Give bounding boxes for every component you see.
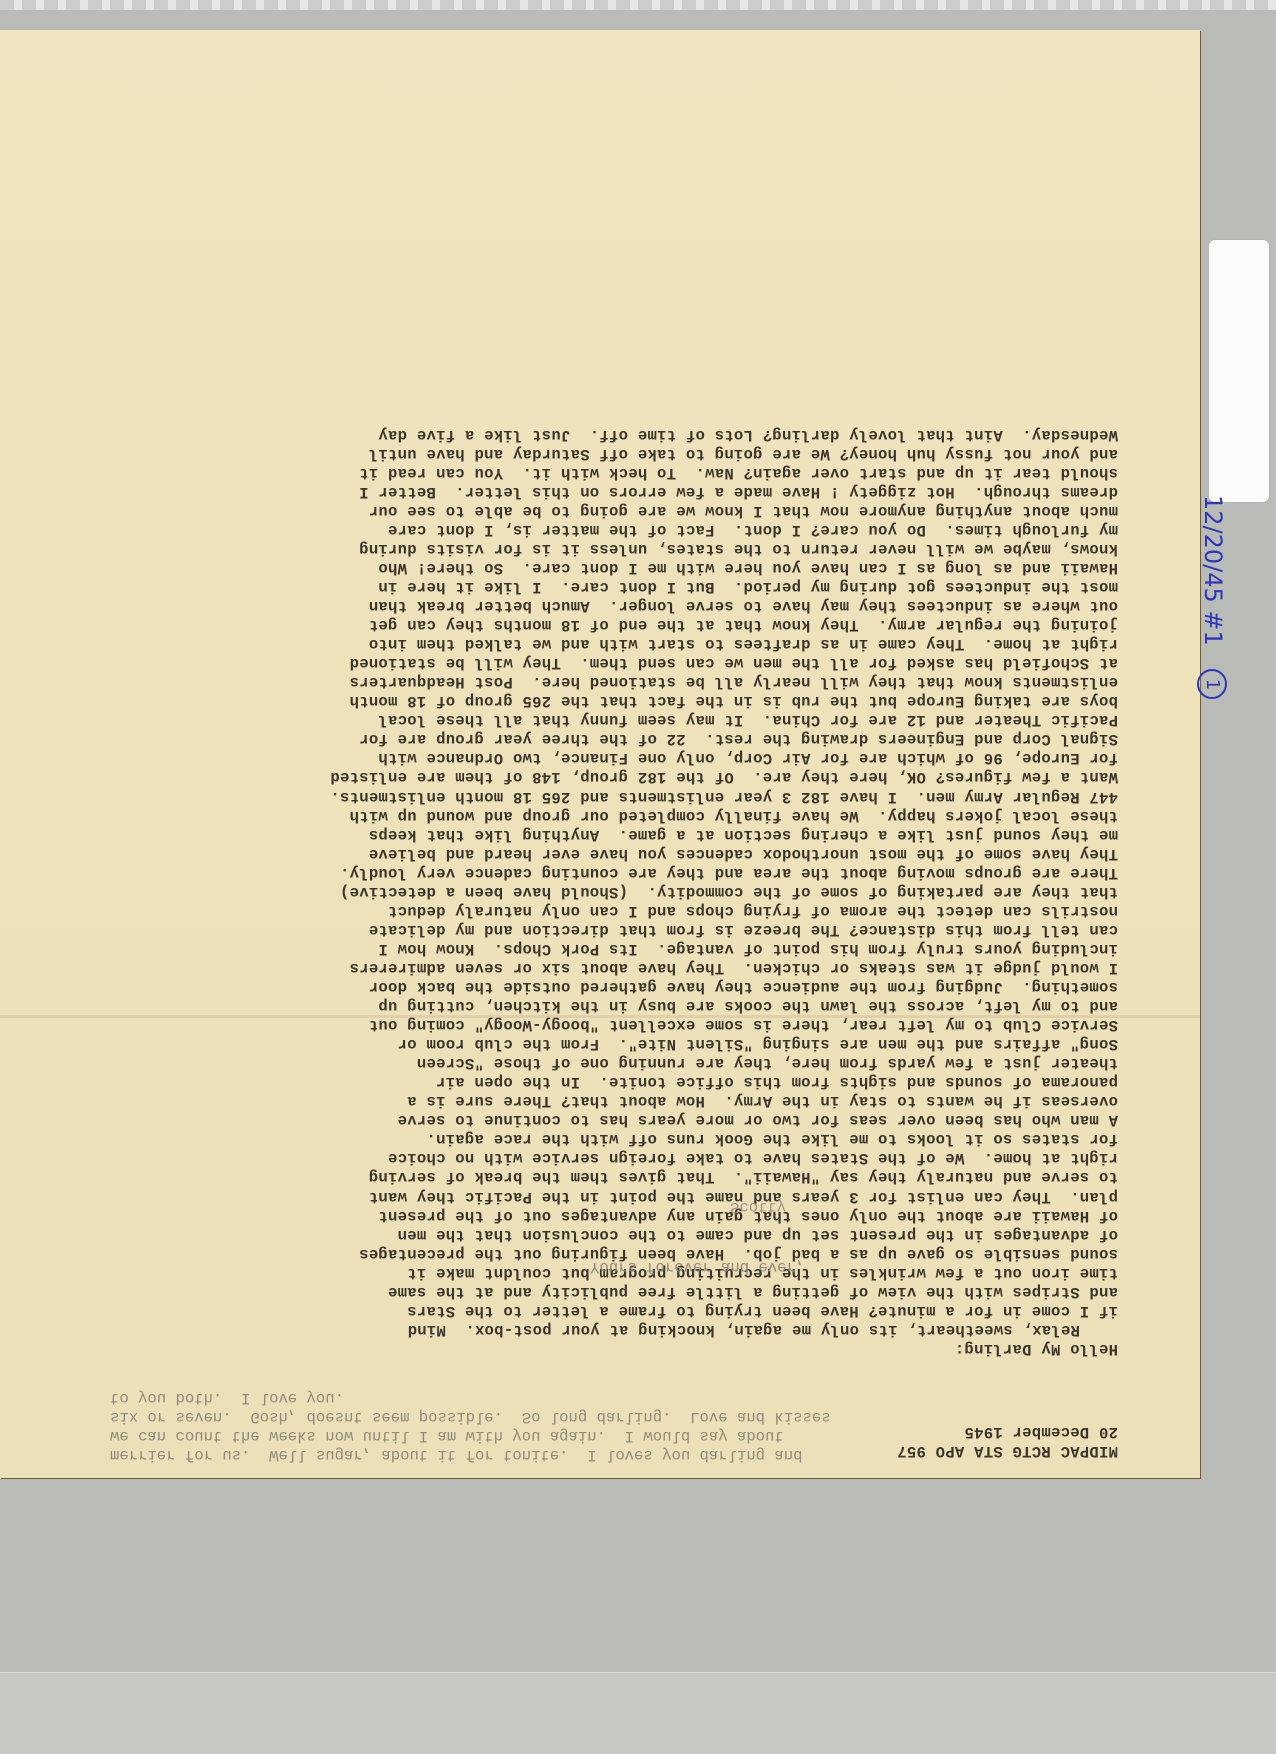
body-line: enlistments know that they will nearly a… [58, 672, 1118, 691]
body-line: theater just a few yards from here, they… [58, 1053, 1118, 1072]
body-line: overseas if he wants to stay in the Army… [58, 1091, 1118, 1110]
body-line: There are groups moving about the area a… [58, 863, 1118, 882]
bleed-line: merrier for us. Well sugar, about it for… [110, 1445, 1170, 1464]
body-line: these local jokers happy. We have finall… [58, 806, 1118, 825]
body-line: Wednesday. Aint that lovely darling? Lot… [58, 425, 1118, 444]
body-line: sound sensible so gave up as a bad job. … [58, 1244, 1118, 1263]
body-line: and Stripes with the view of getting a l… [58, 1282, 1118, 1301]
body-line: out where as inductees they may have to … [58, 596, 1118, 615]
body-line: something. Judging from the audience the… [58, 977, 1118, 996]
body-line: Relax, sweetheart, its only me again, kn… [58, 1320, 1118, 1339]
letter-page: MIDPAC RCTG STA APO 957 20 December 1945… [0, 30, 1200, 1478]
body-line: right at home. We of the States have to … [58, 1148, 1118, 1167]
body-line: joining the regular army. They know that… [58, 615, 1118, 634]
body-line: panorama of sounds and sights from this … [58, 1072, 1118, 1091]
closing-bleed: Yours forever and ever, [590, 1258, 805, 1276]
scanner-edge [0, 0, 1276, 10]
scanner-bed [0, 1672, 1276, 1754]
body-line: boys are taking Europe but the rub is in… [58, 691, 1118, 710]
archive-tag-text: 12/20/45 #1 1 [1197, 495, 1227, 750]
bleed-line: six or seven. Gosh, doesnt seem possible… [110, 1407, 1170, 1426]
body-line: 447 Regular Army men. I have 182 3 year … [58, 787, 1118, 806]
body-line: for states so it looks to me like the Go… [58, 1129, 1118, 1148]
body-line: me they sound just like a chering sectio… [58, 825, 1118, 844]
body-line: Signal Corp and Engineers drawing the re… [58, 729, 1118, 748]
body-line: Song" affairs and the men are singing "S… [58, 1034, 1118, 1053]
body-line: They have some of the most unorthodox ca… [58, 844, 1118, 863]
body-line: and your not fussy huh honey? We are goi… [58, 444, 1118, 463]
letter-text: MIDPAC RCTG STA APO 957 20 December 1945… [58, 425, 1118, 1460]
body-line: plan. They can enlist for 3 years and na… [58, 1186, 1118, 1205]
body-line: dreams through. Hot ziggety ! Have made … [58, 482, 1118, 501]
body-line: most the inductees got during my period.… [58, 577, 1118, 596]
body-line: Want a few figures? OK, here they are. O… [58, 767, 1118, 786]
body-line: my furlough times. Do you care? I dont. … [58, 520, 1118, 539]
bleed-line: to you both. I love you. [110, 1388, 1170, 1407]
body-line: Hawaii and as long as I can have you her… [58, 558, 1118, 577]
body-line: of advantages in the present set up and … [58, 1225, 1118, 1244]
bleed-line: we can count the weeks now until I am wi… [110, 1426, 1170, 1445]
salutation: Hello My Darling: [58, 1339, 1118, 1358]
body-line: of Hawaii are about the only ones that g… [58, 1206, 1118, 1225]
body-line: can tell from this distance? The breeze … [58, 920, 1118, 939]
body-line: should tear it up and start over again? … [58, 463, 1118, 482]
body-line: and to my left, across the lawn the cook… [58, 996, 1118, 1015]
body-line: to serve and naturaly they say "Hawaii".… [58, 1167, 1118, 1186]
bleed-through-text: merrier for us. Well sugar, about it for… [110, 1388, 1170, 1464]
circled-number-icon: 1 [1197, 669, 1227, 699]
body-line: Service Club to my left rear, there is s… [58, 1015, 1118, 1034]
body-line: right at home. They came in as draftees … [58, 634, 1118, 653]
body-line: Pacific Theater and 12 are for China. It… [58, 710, 1118, 729]
body-line: that they are partaking of some of the c… [58, 882, 1118, 901]
body-line: if I come in for a minute? Have been try… [58, 1301, 1118, 1320]
body-line: I would judge it was steaks or chicken. … [58, 958, 1118, 977]
body-line: nostrils can detect the aroma of frying … [58, 901, 1118, 920]
body-line: knows, maybe we will never return to the… [58, 539, 1118, 558]
body-line: much about anything anymore now that I k… [58, 501, 1118, 520]
body-line: time iron out a few wrinkles in the recr… [58, 1263, 1118, 1282]
archive-tag: 12/20/45 #1 1 [1209, 240, 1269, 502]
archive-tag-label: 12/20/45 #1 [1199, 495, 1227, 646]
body-line: for Europe, 96 of which are for Air Corp… [58, 748, 1118, 767]
body-line: at Schofield has asked for all the men w… [58, 653, 1118, 672]
body-line: A man who has been over seas for two or … [58, 1110, 1118, 1129]
signature-bleed: Scotty [730, 1198, 786, 1216]
body-line: including yours truly from his point of … [58, 939, 1118, 958]
